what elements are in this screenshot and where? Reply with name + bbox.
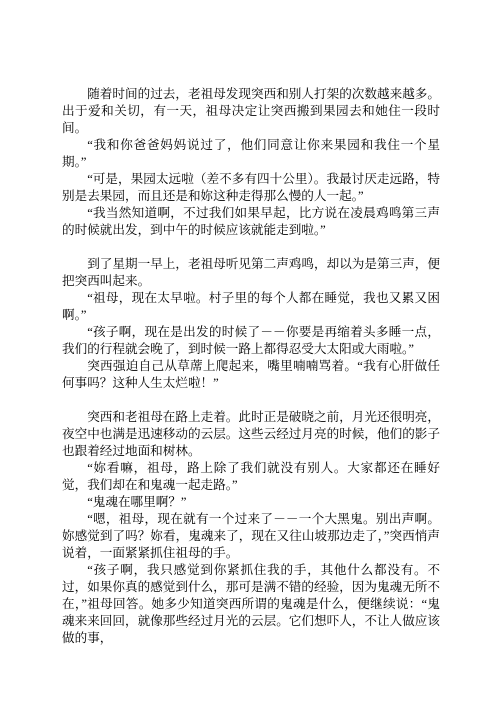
paragraph: 到了星期一早上，老祖母听见第二声鸡鸣，却以为是第三声，便把突西叫起来。 [62, 256, 440, 290]
paragraph: 突西强迫自己从草蓆上爬起来，嘴里喃喃骂着。“我有心肝做任何事吗？这种人生太烂啦！… [62, 358, 440, 392]
paragraph: “孩子啊，现在是出发的时候了－－你要是再缩着头多睡一点，我们的行程就会晚了，到时… [62, 324, 440, 358]
paragraph: “可是，果园太远啦（差不多有四十公里）。我最讨厌走远路，特别是去果园，而且还是和… [62, 171, 440, 205]
paragraph: “我和你爸爸妈妈说过了，他们同意让你来果园和我住一个星期。” [62, 137, 440, 171]
paragraph: “孩子啊，我只感觉到你紧抓住我的手，其他什么都没有。不过，如果你真的感觉到什么，… [62, 562, 440, 647]
paragraph: 随着时间的过去，老祖母发现突西和别人打架的次数越来越多。出于爱和关切，有一天，祖… [62, 86, 440, 137]
paragraph: “嗯，祖母，现在就有一个过来了－－一个大黑鬼。别出声啊。妳感觉到了吗？妳看，鬼魂… [62, 511, 440, 562]
paragraph: “鬼魂在哪里啊？” [62, 494, 440, 511]
paragraph: “妳看嘛，祖母，路上除了我们就没有别人。大家都还在睡好觉，我们却在和鬼魂一起走路… [62, 460, 440, 494]
paragraph: “我当然知道啊，不过我们如果早起，比方说在凌晨鸡鸣第三声的时候就出发，到中午的时… [62, 205, 440, 239]
page-text-block: 随着时间的过去，老祖母发现突西和别人打架的次数越来越多。出于爱和关切，有一天，祖… [62, 86, 440, 647]
paragraph: “祖母，现在太早啦。村子里的每个人都在睡觉，我也又累又困啊。” [62, 290, 440, 324]
book-page: 随着时间的过去，老祖母发现突西和别人打架的次数越来越多。出于爱和关切，有一天，祖… [0, 0, 501, 711]
paragraph: 突西和老祖母在路上走着。此时正是破晓之前，月光还很明亮，夜空中也满是迅速移动的云… [62, 409, 440, 460]
